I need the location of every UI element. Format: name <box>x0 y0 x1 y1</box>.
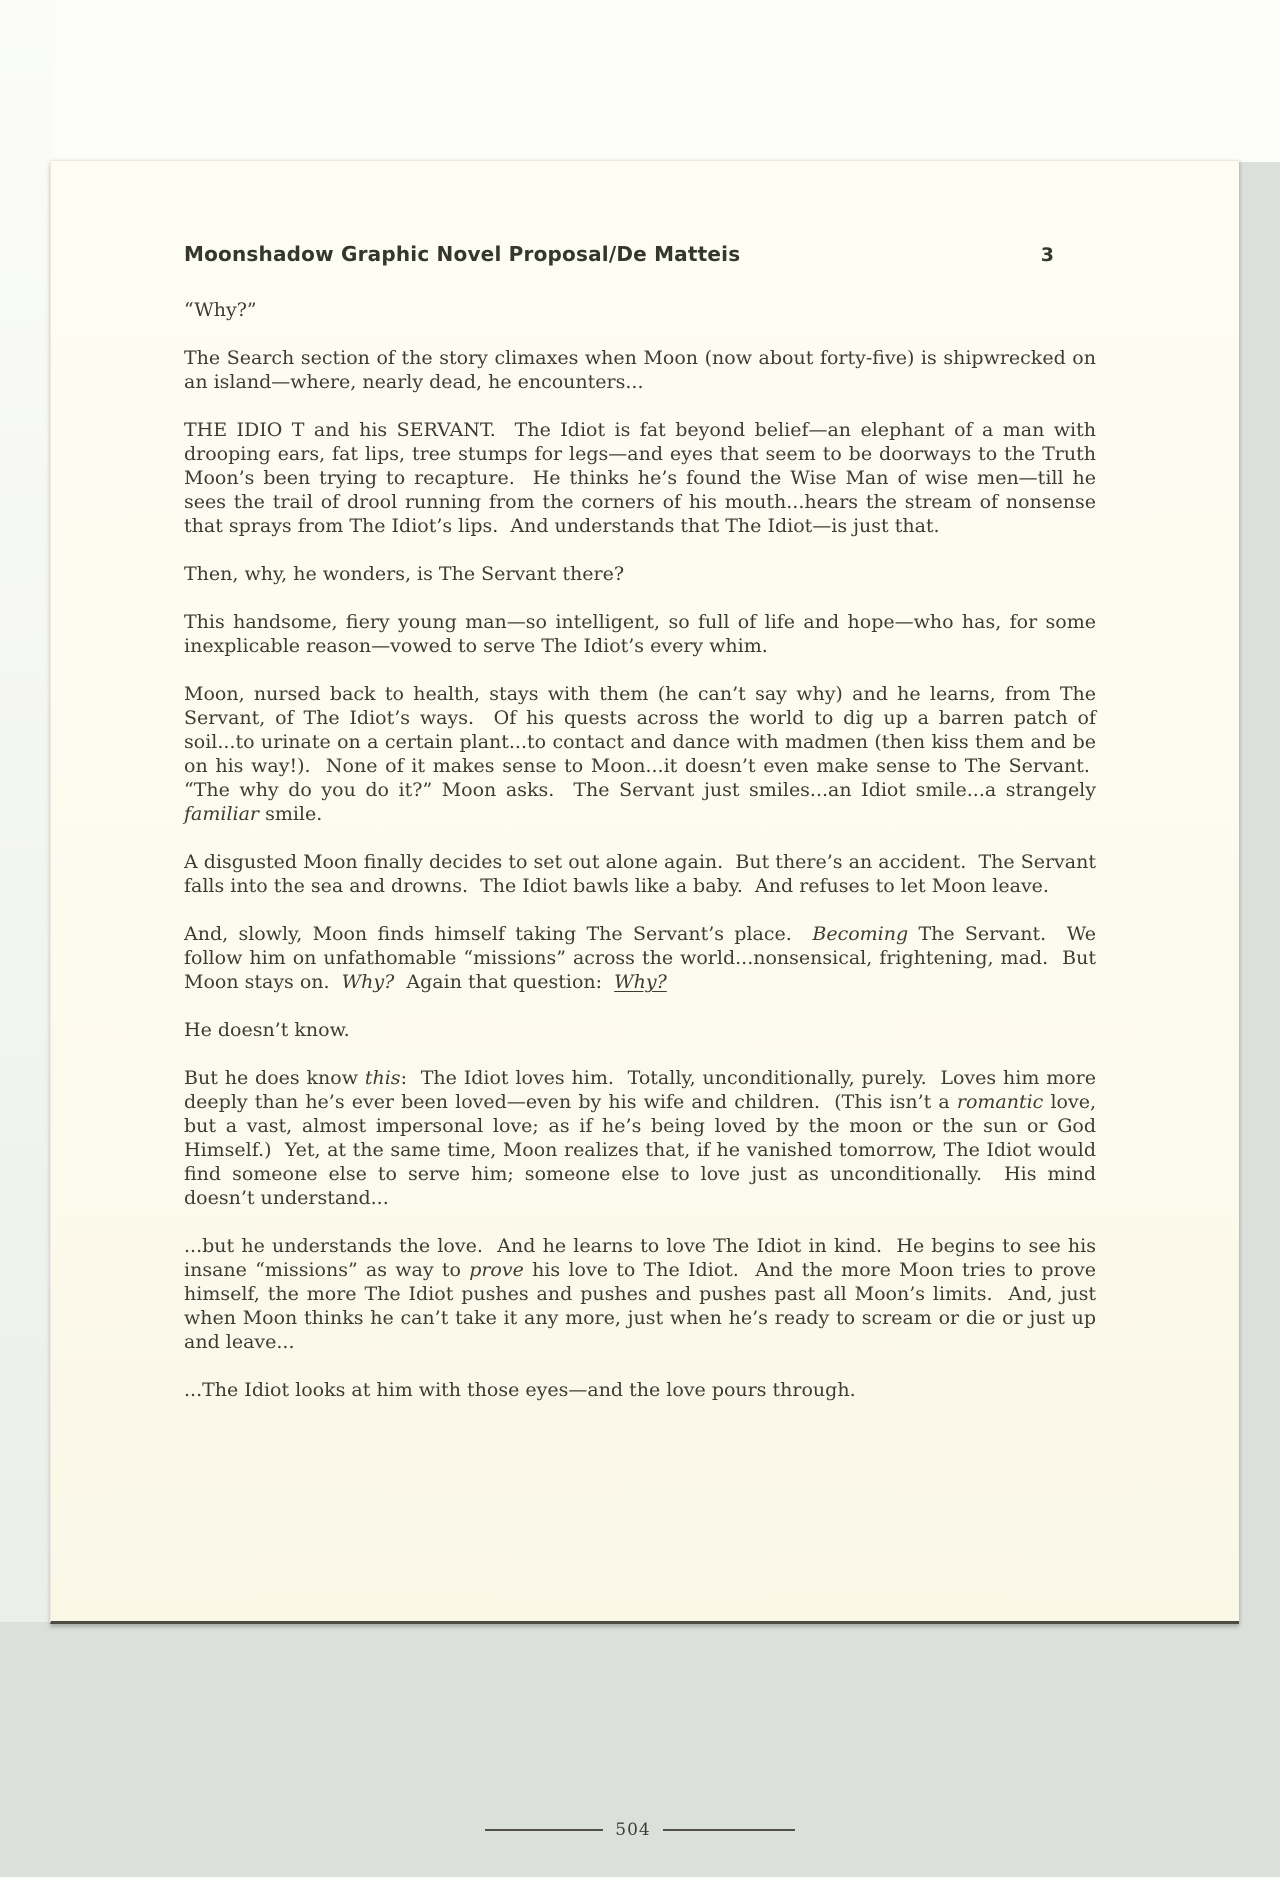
paragraph: A disgusted Moon finally decides to set … <box>184 850 1096 898</box>
paragraphs: “Why?”The Search section of the story cl… <box>184 298 1096 1402</box>
book-footer: 504 <box>0 1820 1280 1840</box>
text-run: The Search section of the story climaxes… <box>184 347 1096 393</box>
paragraph: ...but he understands the love. And he l… <box>184 1234 1096 1354</box>
paragraph: “Why?” <box>184 298 1096 322</box>
paragraph: The Search section of the story climaxes… <box>184 346 1096 394</box>
text-run: Again that question: <box>394 971 614 993</box>
emphasized-text: familiar <box>184 803 259 825</box>
scan-background-top <box>0 0 1280 162</box>
scan-background-left <box>0 0 52 1622</box>
text-run: “Why?” <box>184 299 257 321</box>
emphasized-text: Why? <box>614 971 667 993</box>
paragraph: Then, why, he wonders, is The Servant th… <box>184 562 1096 586</box>
emphasized-text: this <box>365 1067 401 1089</box>
page-number: 3 <box>1041 244 1096 266</box>
page-header: Moonshadow Graphic Novel Proposal/De Mat… <box>184 242 1096 266</box>
paragraph: ...The Idiot looks at him with those eye… <box>184 1378 1096 1402</box>
document-title: Moonshadow Graphic Novel Proposal/De Mat… <box>184 242 740 266</box>
text-run: Then, why, he wonders, is The Servant th… <box>184 563 624 585</box>
text-run: smile. <box>259 803 322 825</box>
text-run: THE IDIO T and his SERVANT. The Idiot is… <box>184 419 1096 537</box>
paragraph: THE IDIO T and his SERVANT. The Idiot is… <box>184 418 1096 538</box>
paragraph: But he does know this: The Idiot loves h… <box>184 1066 1096 1210</box>
page-content: Moonshadow Graphic Novel Proposal/De Mat… <box>184 242 1096 1426</box>
document-page: Moonshadow Graphic Novel Proposal/De Mat… <box>50 160 1239 1624</box>
text-run: ...The Idiot looks at him with those eye… <box>184 1379 856 1401</box>
book-page-number: 504 <box>615 1820 650 1840</box>
paragraph: Moon, nursed back to health, stays with … <box>184 682 1096 826</box>
text-run: And, slowly, Moon finds himself taking T… <box>184 923 812 945</box>
footer-rule-right <box>663 1829 795 1831</box>
emphasized-text: prove <box>469 1259 524 1281</box>
footer-rule-left <box>485 1829 603 1831</box>
text-run: Moon, nursed back to health, stays with … <box>184 683 1096 801</box>
text-run: He doesn’t know. <box>184 1019 350 1041</box>
paragraph: And, slowly, Moon finds himself taking T… <box>184 922 1096 994</box>
paragraph: He doesn’t know. <box>184 1018 1096 1042</box>
emphasized-text: Becoming <box>812 923 908 945</box>
text-run: This handsome, fiery young man—so intell… <box>184 611 1096 657</box>
emphasized-text: Why? <box>342 971 395 993</box>
emphasized-text: romantic <box>957 1091 1043 1113</box>
paragraph: This handsome, fiery young man—so intell… <box>184 610 1096 658</box>
text-run: A disgusted Moon finally decides to set … <box>184 851 1096 897</box>
text-run: But he does know <box>184 1067 365 1089</box>
